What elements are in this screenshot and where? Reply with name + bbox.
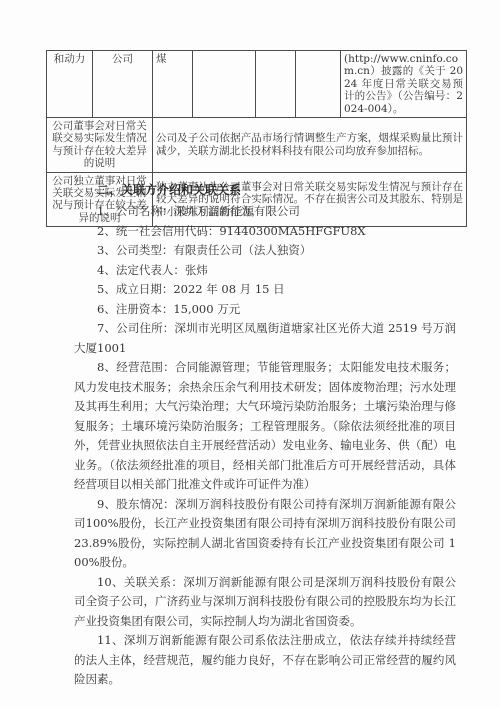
table-cell-content: 煤	[153, 51, 193, 118]
list-item-address: 7、公司住所：深圳市光明区凤凰街道塘家社区光侨大道 2519 号万润大厦1001	[74, 319, 456, 358]
table-cell-party-name-fragment: 和动力	[47, 51, 93, 118]
table-cell-board-explanation-label: 公司董事会对日常关联交易实际发生情况与预计存在较大差异的说明	[47, 118, 153, 173]
table-cell-empty	[256, 51, 296, 118]
table-cell-relation: 公司	[93, 51, 153, 118]
document-page: 和动力 公司 煤 (http://www.cninfo.com.cn）披露的《关…	[0, 0, 500, 707]
document-body: 二、关联方介绍和关联关系 1、公司名称：深圳万润新能源有限公司 2、统一社会信用…	[74, 180, 456, 690]
table-cell-disclosure-reference: (http://www.cninfo.com.cn）披露的《关于 2024 年度…	[341, 51, 467, 118]
list-item-establish-date: 5、成立日期：2022 年 08 月 15 日	[74, 280, 456, 300]
list-item-credit-code: 2、统一社会信用代码：91440300MA5HFGFU8X	[74, 222, 456, 242]
list-item-legal-status: 11、深圳万润新能源有限公司系依法注册成立，依法存续并持续经营的法人主体，经营规…	[74, 631, 456, 690]
list-item-business-scope: 8、经营范围：合同能源管理；节能管理服务；太阳能发电技术服务；风力发电技术服务；…	[74, 358, 456, 495]
table-row-continuation: 和动力 公司 煤 (http://www.cninfo.com.cn）披露的《关…	[47, 51, 467, 118]
table-cell-empty	[193, 51, 256, 118]
table-cell-board-explanation-content: 公司及子公司依据产品市场行情调整生产方案，烟煤采购量比预计减少，关联方湖北长投材…	[153, 118, 467, 173]
list-item-registered-capital: 6、注册资本：15,000 万元	[74, 300, 456, 320]
list-item-related-relationship: 10、关联关系：深圳万润新能源有限公司是深圳万润科技股份有限公司全资子公司，广济…	[74, 573, 456, 632]
table-cell-empty	[296, 51, 341, 118]
list-item-company-name: 1、公司名称：深圳万润新能源有限公司	[74, 202, 456, 222]
section-heading: 二、关联方介绍和关联关系	[74, 180, 456, 200]
table-row-board-explanation: 公司董事会对日常关联交易实际发生情况与预计存在较大差异的说明 公司及子公司依据产…	[47, 118, 467, 173]
list-item-shareholders: 9、股东情况：深圳万润科技股份有限公司持有深圳万润新能源有限公司100%股份，长…	[74, 495, 456, 573]
list-item-legal-representative: 4、法定代表人：张炜	[74, 261, 456, 281]
list-item-company-type: 3、公司类型：有限责任公司（法人独资）	[74, 241, 456, 261]
